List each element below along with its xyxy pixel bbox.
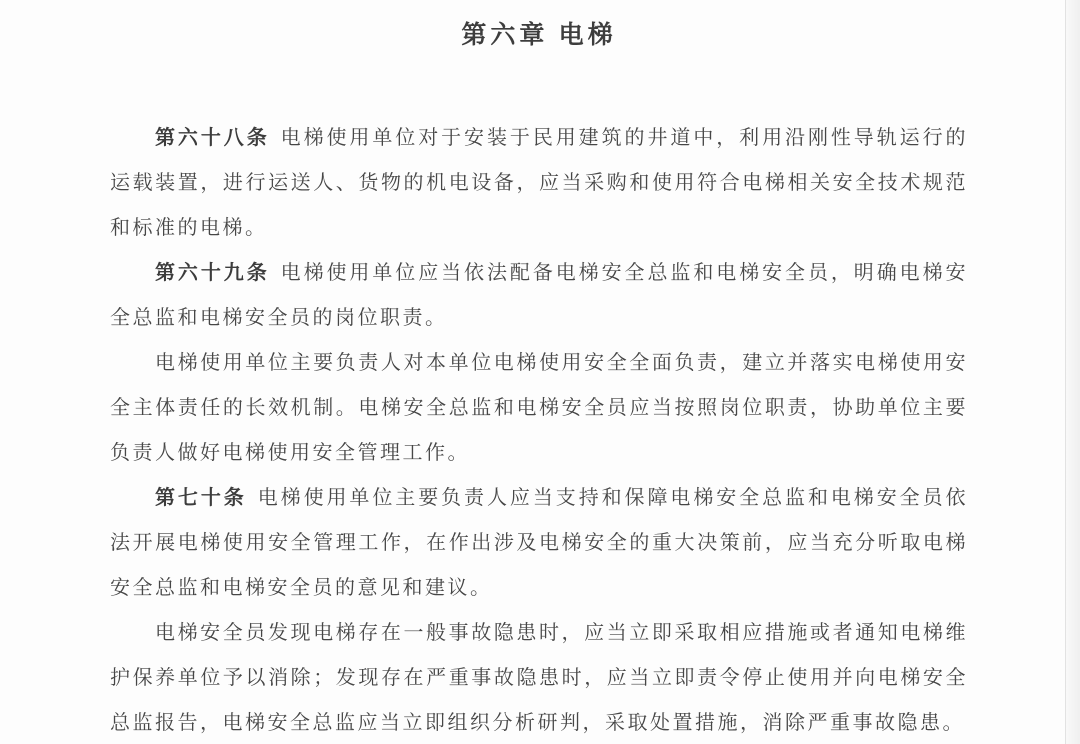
document-body: 第六十八条电梯使用单位对于安装于民用建筑的井道中，利用沿刚性导轨运行的运载装置，… [110,116,968,744]
article-69-clause-2-text: 电梯使用单位主要负责人对本单位电梯使用安全全面负责，建立并落实电梯使用安全主体责… [110,352,968,464]
paragraph-article-69-clause-2: 电梯使用单位主要负责人对本单位电梯使用安全全面负责，建立并落实电梯使用安全主体责… [110,341,968,476]
article-70-clause-2-text: 电梯安全员发现电梯存在一般事故隐患时，应当立即采取相应措施或者通知电梯维护保养单… [110,622,968,734]
article-68-number: 第六十八条 [155,127,270,149]
scanned-document-page: 第六章 电梯 第六十八条电梯使用单位对于安装于民用建筑的井道中，利用沿刚性导轨运… [0,0,1080,744]
paragraph-article-69: 第六十九条电梯使用单位应当依法配备电梯安全总监和电梯安全员，明确电梯安全总监和电… [110,251,968,341]
paragraph-article-70-clause-2: 电梯安全员发现电梯存在一般事故隐患时，应当立即采取相应措施或者通知电梯维护保养单… [110,611,968,744]
paragraph-article-68: 第六十八条电梯使用单位对于安装于民用建筑的井道中，利用沿刚性导轨运行的运载装置，… [110,116,968,251]
document-content: 第六章 电梯 第六十八条电梯使用单位对于安装于民用建筑的井道中，利用沿刚性导轨运… [110,0,968,744]
paragraph-article-70: 第七十条电梯使用单位主要负责人应当支持和保障电梯安全总监和电梯安全员依法开展电梯… [110,476,968,611]
chapter-title: 第六章 电梯 [110,0,968,72]
article-69-number: 第六十九条 [155,262,270,284]
article-70-number: 第七十条 [155,487,247,509]
scan-edge-shadow [1066,0,1080,744]
